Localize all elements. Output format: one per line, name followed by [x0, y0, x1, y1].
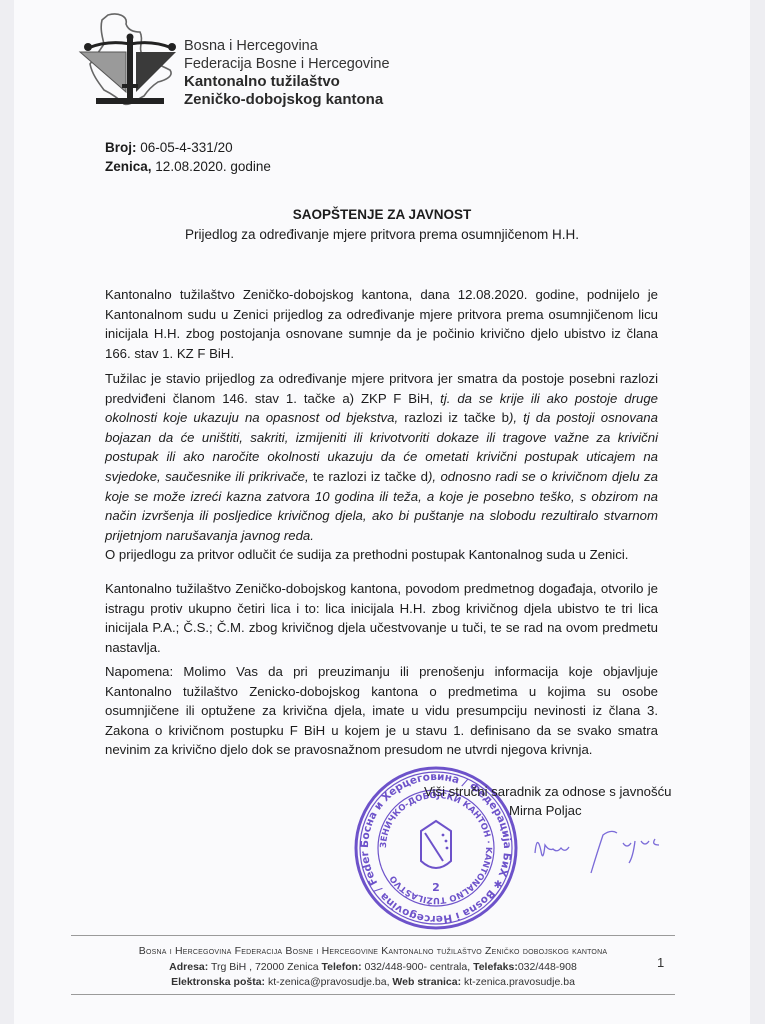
document-page: Bosna i Hercegovina Federacija Bosne i H… — [14, 0, 750, 1024]
footer-email-link[interactable]: kt-zenica@pravosudje.ba, — [265, 976, 392, 988]
signatory-name: Mirna Poljac — [424, 801, 672, 820]
handwritten-signature-icon — [531, 823, 671, 878]
signature-block: Viši stručni saradnik za odnose s javnoš… — [424, 782, 672, 820]
footer-bottom-divider — [71, 994, 675, 995]
organization-name: Bosna i Hercegovina Federacija Bosne i H… — [184, 37, 390, 109]
reference-date: Zenica, 12.08.2020. godine — [105, 157, 271, 176]
org-line-federation: Federacija Bosne i Hercegovine — [184, 55, 390, 73]
paragraph-decision: O prijedlogu za pritvor odlučit će sudij… — [105, 547, 628, 562]
paragraph-grounds: Tužilac je stavio prijedlog za određivan… — [105, 369, 658, 565]
reference-number: Broj: 06-05-4-331/20 — [105, 138, 271, 157]
footer-top-divider — [71, 935, 675, 936]
svg-text:2: 2 — [432, 881, 440, 894]
page-number: 1 — [657, 955, 664, 970]
paragraph-proposal: Kantonalno tužilaštvo Zeničko-dobojskog … — [105, 285, 658, 363]
paragraph-investigation: Kantonalno tužilaštvo Zeničko-dobojskog … — [105, 579, 658, 657]
signatory-role: Viši stručni saradnik za odnose s javnoš… — [424, 782, 672, 801]
document-title: SAOPŠTENJE ZA JAVNOST — [14, 207, 750, 222]
document-reference: Broj: 06-05-4-331/20 Zenica, 12.08.2020.… — [105, 138, 271, 176]
org-line-country: Bosna i Hercegovina — [184, 37, 390, 55]
scales-of-justice-logo-icon — [78, 10, 186, 110]
document-subtitle: Prijedlog za određivanje mjere pritvora … — [14, 227, 750, 242]
page-footer: Bosna i Hercegovina Federacija Bosne i H… — [71, 944, 675, 991]
footer-contact: Adresa: Trg BiH , 72000 Zenica Telefon: … — [71, 960, 675, 976]
footer-online: Elektronska pošta: kt-zenica@pravosudje.… — [71, 975, 675, 991]
letterhead: Bosna i Hercegovina Federacija Bosne i H… — [78, 10, 438, 115]
org-line-canton: Zeničko-dobojskog kantona — [184, 91, 390, 109]
footer-web-link[interactable]: kt-zenica.pravosudje.ba — [461, 976, 575, 988]
footer-organization: Bosna i Hercegovina Federacija Bosne i H… — [71, 944, 675, 960]
org-line-office: Kantonalno tužilaštvo — [184, 73, 390, 91]
paragraph-note: Napomena: Molimo Vas da pri preuzimanju … — [105, 662, 658, 760]
